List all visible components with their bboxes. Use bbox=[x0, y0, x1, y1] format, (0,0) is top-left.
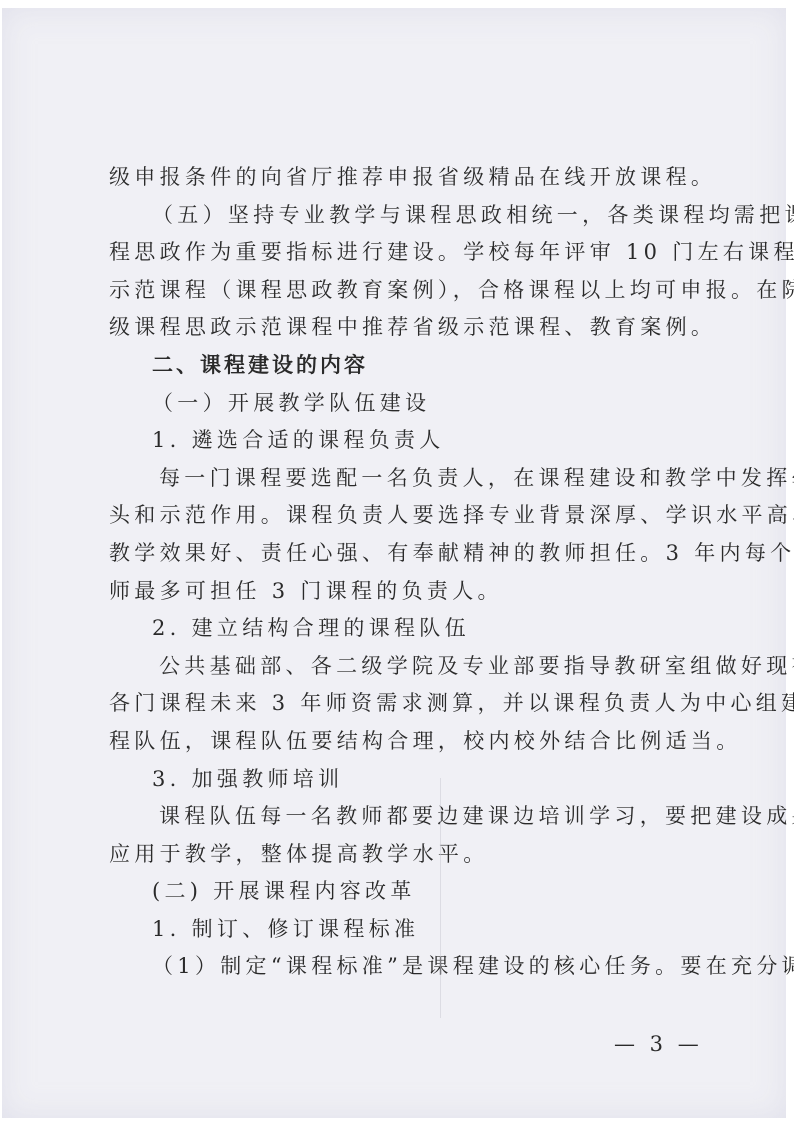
item-heading: 2. 建立结构合理的课程队伍 bbox=[109, 610, 699, 648]
subsection-heading: （一）开展教学队伍建设 bbox=[109, 385, 699, 423]
subsection-heading: (二) 开展课程内容改革 bbox=[109, 873, 699, 911]
paragraph-line: 师最多可担任 3 门课程的负责人。 bbox=[109, 573, 699, 611]
paragraph-line: 课程队伍每一名教师都要边建课边培训学习，要把建设成果 bbox=[109, 798, 699, 836]
paragraph-line: 每一门课程要选配一名负责人，在课程建设和教学中发挥牵 bbox=[109, 460, 699, 498]
paragraph-line: 级课程思政示范课程中推荐省级示范课程、教育案例。 bbox=[109, 309, 699, 347]
scan-fold-line bbox=[440, 778, 441, 1018]
document-body: 级申报条件的向省厅推荐申报省级精品在线开放课程。 （五）坚持专业教学与课程思政相… bbox=[109, 159, 699, 986]
section-five-line: （五）坚持专业教学与课程思政相统一，各类课程均需把课 bbox=[109, 197, 699, 235]
paragraph-line: 公共基础部、各二级学院及专业部要指导教研室组做好现有 bbox=[109, 648, 699, 686]
paragraph-line: （1）制定“课程标准”是课程建设的核心任务。要在充分调 bbox=[109, 948, 699, 986]
item-heading: 1. 遴选合适的课程负责人 bbox=[109, 422, 699, 460]
paragraph-line: 各门课程未来 3 年师资需求测算，并以课程负责人为中心组建课 bbox=[109, 685, 699, 723]
paragraph-line: 程队伍，课程队伍要结构合理，校内校外结合比例适当。 bbox=[109, 723, 699, 761]
paragraph-line: 程思政作为重要指标进行建设。学校每年评审 10 门左右课程思政 bbox=[109, 234, 699, 272]
item-heading: 1. 制订、修订课程标准 bbox=[109, 911, 699, 949]
paragraph-line: 头和示范作用。课程负责人要选择专业背景深厚、学识水平高、 bbox=[109, 497, 699, 535]
paragraph-line: 级申报条件的向省厅推荐申报省级精品在线开放课程。 bbox=[109, 159, 699, 197]
paragraph-line: 应用于教学，整体提高教学水平。 bbox=[109, 836, 699, 874]
item-heading: 3. 加强教师培训 bbox=[109, 761, 699, 799]
page-number: — 3 — bbox=[614, 1032, 703, 1056]
paragraph-line: 教学效果好、责任心强、有奉献精神的教师担任。3 年内每个教 bbox=[109, 535, 699, 573]
document-page: 级申报条件的向省厅推荐申报省级精品在线开放课程。 （五）坚持专业教学与课程思政相… bbox=[2, 8, 786, 1118]
section-heading: 二、课程建设的内容 bbox=[109, 347, 699, 385]
paragraph-line: 示范课程（课程思政教育案例），合格课程以上均可申报。在院 bbox=[109, 272, 699, 310]
